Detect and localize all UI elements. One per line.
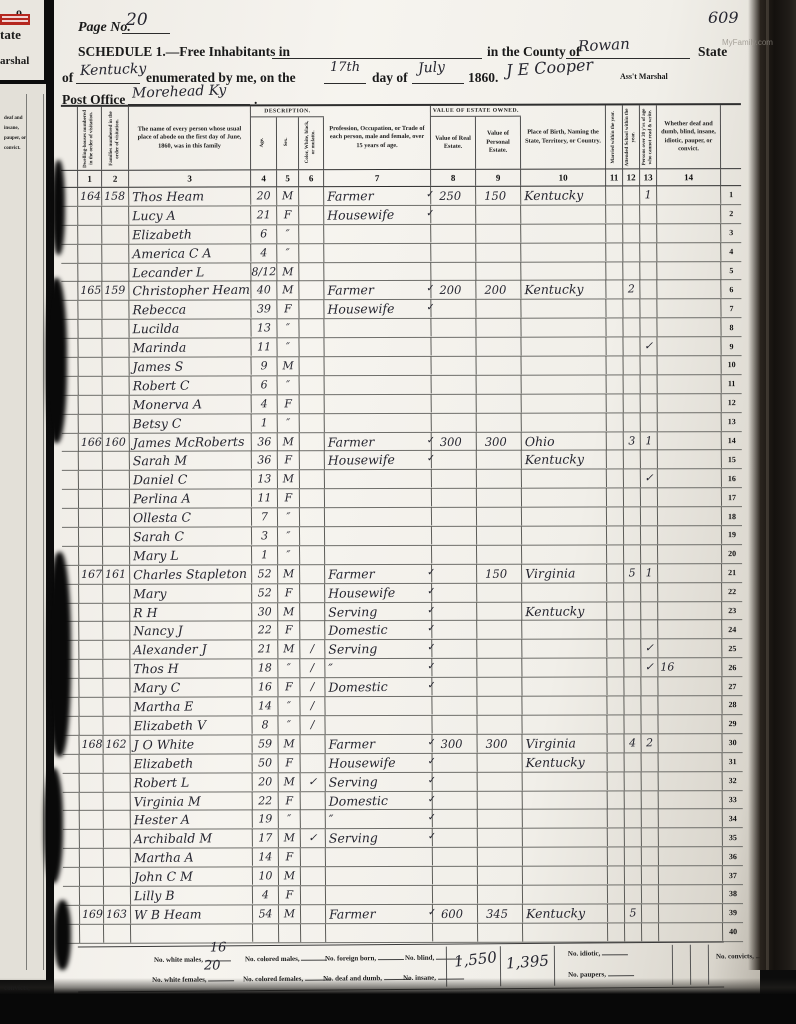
cell-name: Mary C bbox=[130, 678, 252, 697]
cell-dwelling bbox=[78, 641, 103, 659]
table-row: 167161Charles Stapleton52MFarmer✓150Virg… bbox=[62, 564, 742, 585]
cell-married bbox=[607, 394, 624, 412]
cell-remarks: 16 bbox=[658, 658, 722, 677]
scan-smudge bbox=[48, 552, 71, 757]
cell-age: 1 bbox=[252, 414, 278, 432]
table-row: Virginia M22FDomestic✓33 bbox=[63, 791, 743, 812]
cell-sex: F bbox=[277, 300, 299, 318]
cell-real-estate bbox=[433, 923, 478, 941]
header-name: The name of every person whose usual pla… bbox=[129, 106, 251, 169]
cell-cannot-read bbox=[642, 829, 659, 847]
cell-family bbox=[104, 849, 131, 867]
edge-fragment: convict. bbox=[4, 146, 21, 151]
cell-color bbox=[299, 282, 324, 300]
cell-cannot-read bbox=[640, 300, 657, 318]
cell-sex: ″ bbox=[278, 414, 300, 432]
row-number-left bbox=[63, 773, 79, 791]
cell-color bbox=[300, 603, 325, 621]
cell-real-estate bbox=[433, 867, 478, 885]
cell-name: Lucy A bbox=[129, 206, 251, 225]
table-row: Perlina A11F17 bbox=[62, 488, 742, 509]
cell-name: Alexander J bbox=[130, 640, 252, 659]
cell-birthplace bbox=[521, 299, 606, 318]
cell-birthplace bbox=[522, 526, 607, 545]
cell-occupation: Domestic bbox=[326, 791, 433, 810]
cell-name: Thos Heam bbox=[129, 187, 251, 206]
cell-real-estate: ✓ bbox=[432, 640, 477, 658]
cell-birthplace bbox=[523, 791, 608, 810]
cell-occupation bbox=[325, 470, 432, 489]
cell-married bbox=[606, 337, 623, 355]
cell-sex: M bbox=[278, 641, 300, 659]
cell-name: Monerva A bbox=[130, 395, 252, 414]
table-row: R H30MServing✓Kentucky23 bbox=[62, 602, 742, 623]
row-number-right: 27 bbox=[722, 677, 742, 695]
cell-family bbox=[102, 225, 129, 243]
cell-dwelling: 165 bbox=[77, 282, 102, 300]
cell-age: 40 bbox=[251, 282, 277, 300]
row-number-right: 25 bbox=[722, 639, 742, 657]
row-number-right: 35 bbox=[723, 828, 743, 846]
cell-cannot-read bbox=[642, 904, 659, 922]
cell-married bbox=[608, 810, 625, 828]
cell-cannot-read: ✓ bbox=[641, 640, 658, 658]
page-number-handwritten: 20 bbox=[126, 10, 148, 30]
edge-fragment: tate bbox=[0, 27, 21, 43]
cell-cannot-read bbox=[642, 772, 659, 790]
cell-real-estate bbox=[431, 357, 476, 375]
cell-family bbox=[103, 660, 130, 678]
col-num: 11 bbox=[606, 169, 623, 185]
cell-occupation: Serving bbox=[325, 640, 432, 659]
cell-real-estate: ✓ bbox=[432, 451, 477, 469]
cell-birthplace bbox=[522, 545, 607, 564]
cell-school bbox=[623, 243, 640, 261]
row-number-right: 3 bbox=[721, 224, 741, 242]
cell-family bbox=[103, 641, 130, 659]
cell-birthplace bbox=[521, 356, 606, 375]
cell-real-estate bbox=[433, 886, 478, 904]
cell-occupation bbox=[325, 508, 432, 527]
cell-real-estate bbox=[431, 243, 476, 261]
cell-occupation bbox=[326, 923, 433, 942]
cell-occupation: Domestic bbox=[325, 621, 432, 640]
cell-personal-estate bbox=[477, 526, 522, 544]
cell-personal-estate bbox=[477, 640, 522, 658]
cell-personal-estate bbox=[476, 319, 521, 337]
cell-personal-estate bbox=[478, 772, 523, 790]
cell-cannot-read: 1 bbox=[640, 186, 657, 204]
cell-dwelling bbox=[79, 811, 104, 829]
cell-occupation: Farmer bbox=[326, 904, 433, 923]
cell-school: 2 bbox=[623, 281, 640, 299]
marshal-label: Ass't Marshal bbox=[620, 72, 668, 81]
cell-occupation bbox=[325, 394, 432, 413]
cell-age: 3 bbox=[252, 527, 278, 545]
cell-cannot-read bbox=[641, 413, 658, 431]
cell-color bbox=[301, 810, 326, 828]
cell-personal-estate bbox=[478, 923, 523, 941]
cell-school: 5 bbox=[624, 564, 641, 582]
stamped-page-number: 609 bbox=[708, 8, 739, 27]
cell-family bbox=[104, 830, 131, 848]
cell-sex: ″ bbox=[278, 527, 300, 545]
cell-age: 8/12 bbox=[251, 263, 277, 281]
cell-age: 8 bbox=[252, 716, 278, 734]
cell-age: 6 bbox=[251, 225, 277, 243]
cell-age bbox=[253, 924, 279, 942]
cell-age: 59 bbox=[252, 735, 278, 753]
cell-remarks bbox=[659, 753, 723, 772]
cell-remarks bbox=[657, 299, 721, 318]
cell-cannot-read bbox=[641, 394, 658, 412]
scan-dark-band bbox=[748, 0, 796, 970]
cell-color: / bbox=[300, 716, 325, 734]
cell-personal-estate bbox=[478, 791, 523, 809]
cell-school: 4 bbox=[624, 734, 641, 752]
cell-birthplace: Kentucky bbox=[523, 753, 608, 772]
cell-personal-estate: 200 bbox=[476, 281, 521, 299]
cell-age: 7 bbox=[252, 508, 278, 526]
cell-dwelling bbox=[79, 849, 104, 867]
cell-remarks bbox=[657, 261, 721, 280]
header-age: Age. bbox=[251, 117, 277, 169]
cell-remarks bbox=[658, 564, 722, 583]
cell-personal-estate bbox=[478, 810, 523, 828]
cell-married bbox=[607, 640, 624, 658]
scan-bottom-edge bbox=[0, 994, 796, 1024]
cell-dwelling bbox=[78, 584, 103, 602]
cell-married bbox=[607, 734, 624, 752]
cell-real-estate: ✓ bbox=[432, 678, 477, 696]
checkmark: ✓ bbox=[427, 584, 436, 600]
cell-birthplace bbox=[522, 658, 607, 677]
table-row: Daniel C13M✓16 bbox=[62, 469, 742, 490]
cell-color bbox=[300, 584, 325, 602]
cell-remarks bbox=[658, 431, 722, 450]
cell-age: 52 bbox=[252, 565, 278, 583]
checkmark: ✓ bbox=[428, 905, 437, 921]
cell-school bbox=[625, 923, 642, 941]
cell-name: Virginia M bbox=[131, 791, 253, 810]
group-label: DESCRIPTION. bbox=[251, 106, 324, 117]
cell-dwelling bbox=[78, 471, 103, 489]
cell-cannot-read bbox=[640, 262, 657, 280]
cell-dwelling bbox=[78, 509, 103, 527]
cell-remarks bbox=[658, 601, 722, 620]
cell-sex: F bbox=[278, 584, 300, 602]
cell-age: 18 bbox=[252, 659, 278, 677]
cell-cannot-read bbox=[640, 224, 657, 242]
table-row: Ollesta C7″18 bbox=[62, 507, 742, 528]
cell-school bbox=[624, 659, 641, 677]
table-row: Robert L20M✓Serving✓32 bbox=[63, 772, 743, 793]
cell-cannot-read bbox=[642, 923, 659, 941]
cell-color bbox=[299, 300, 324, 318]
cell-school bbox=[625, 791, 642, 809]
cell-personal-estate: 300 bbox=[477, 432, 522, 450]
cell-age: 36 bbox=[252, 452, 278, 470]
row-number-left bbox=[62, 452, 78, 470]
cell-remarks bbox=[657, 356, 721, 375]
cell-school bbox=[625, 753, 642, 771]
cell-school bbox=[624, 696, 641, 714]
cell-birthplace bbox=[521, 243, 606, 262]
cell-real-estate: ✓ bbox=[433, 829, 478, 847]
cell-color bbox=[300, 565, 325, 583]
row-number-right: 16 bbox=[722, 469, 742, 487]
row-number-right: 18 bbox=[722, 507, 742, 525]
cell-family bbox=[104, 811, 131, 829]
cell-married bbox=[606, 300, 623, 318]
cell-occupation: Farmer bbox=[325, 432, 432, 451]
table-row: Sarah C3″19 bbox=[62, 526, 742, 547]
watermark-text: MyFamily.com bbox=[722, 38, 773, 47]
cell-personal-estate bbox=[476, 338, 521, 356]
cell-occupation bbox=[325, 526, 432, 545]
cell-dwelling bbox=[79, 868, 104, 886]
cell-married bbox=[608, 923, 625, 941]
cell-cannot-read bbox=[640, 205, 657, 223]
cell-remarks bbox=[657, 318, 721, 337]
cell-real-estate bbox=[432, 489, 477, 507]
cell-color bbox=[300, 414, 325, 432]
cell-sex: ″ bbox=[277, 225, 299, 243]
cell-birthplace bbox=[522, 715, 607, 734]
cell-married bbox=[607, 451, 624, 469]
cell-name: James S bbox=[129, 357, 251, 376]
cell-personal-estate: 300 bbox=[477, 734, 522, 752]
cell-birthplace bbox=[522, 488, 607, 507]
cell-sex: ″ bbox=[277, 338, 299, 356]
of-label: of bbox=[62, 70, 73, 86]
cell-age: 54 bbox=[253, 905, 279, 923]
table-row: Lecander L8/12M5 bbox=[61, 262, 741, 283]
cell-age: 10 bbox=[253, 867, 279, 885]
row-number-right: 13 bbox=[722, 413, 742, 431]
cell-married bbox=[608, 772, 625, 790]
cell-age: 13 bbox=[252, 471, 278, 489]
cell-dwelling: 168 bbox=[78, 735, 103, 753]
row-number-left bbox=[63, 792, 79, 810]
cell-real-estate bbox=[432, 470, 477, 488]
cell-color bbox=[301, 905, 326, 923]
checkmark: ✓ bbox=[427, 603, 436, 619]
cell-occupation: Domestic bbox=[325, 678, 432, 697]
scan-smudge bbox=[44, 768, 63, 883]
cell-color bbox=[299, 187, 324, 205]
cell-birthplace bbox=[523, 809, 608, 828]
cell-occupation bbox=[325, 413, 432, 432]
cell-sex: ″ bbox=[279, 811, 301, 829]
scan-shadow bbox=[0, 978, 796, 994]
cell-family: 158 bbox=[102, 188, 129, 206]
cell-family bbox=[102, 301, 129, 319]
white-females-total: 20 bbox=[204, 958, 221, 973]
cell-color bbox=[301, 792, 326, 810]
cell-dwelling bbox=[77, 244, 102, 262]
row-number-right: 8 bbox=[721, 318, 741, 336]
row-number-left bbox=[61, 263, 77, 281]
cell-school bbox=[623, 262, 640, 280]
cell-name: Perlina A bbox=[130, 489, 252, 508]
cell-color bbox=[300, 433, 325, 451]
cell-sex: M bbox=[278, 433, 300, 451]
row-number-gutter bbox=[721, 105, 741, 168]
cell-color bbox=[299, 338, 324, 356]
cell-family bbox=[103, 698, 130, 716]
cell-sex: M bbox=[277, 282, 299, 300]
cell-married bbox=[608, 885, 625, 903]
cell-family bbox=[103, 471, 130, 489]
cell-school bbox=[623, 186, 640, 204]
cell-school bbox=[623, 337, 640, 355]
cell-birthplace bbox=[522, 375, 607, 394]
white-males-total: 16 bbox=[210, 940, 227, 955]
table-row: Lucy A21FHousewife✓2 bbox=[61, 205, 741, 226]
table-row: Robert C6″11 bbox=[62, 375, 742, 396]
cell-occupation bbox=[324, 337, 431, 356]
cell-married bbox=[606, 262, 623, 280]
scan-smudge bbox=[54, 900, 71, 970]
cell-age: 13 bbox=[251, 319, 277, 337]
cell-real-estate: ✓ bbox=[433, 753, 478, 771]
cell-color: ✓ bbox=[301, 773, 326, 791]
cell-name: Sarah C bbox=[130, 527, 252, 546]
col-num: 12 bbox=[623, 169, 640, 185]
cell-sex: M bbox=[278, 471, 300, 489]
cell-school bbox=[624, 621, 641, 639]
cell-remarks bbox=[658, 545, 722, 564]
cell-color bbox=[299, 319, 324, 337]
cell-real-estate: ✓ bbox=[433, 791, 478, 809]
cell-occupation bbox=[326, 866, 433, 885]
cell-sex bbox=[279, 924, 301, 942]
row-number-right: 4 bbox=[721, 243, 741, 261]
cell-dwelling bbox=[78, 377, 103, 395]
cell-sex: F bbox=[279, 848, 301, 866]
table-row: Hester A19″″✓34 bbox=[63, 809, 743, 830]
cell-birthplace bbox=[522, 677, 607, 696]
year-label: 1860. bbox=[468, 70, 498, 86]
cell-family bbox=[103, 395, 130, 413]
cell-personal-estate bbox=[477, 678, 522, 696]
cell-dwelling bbox=[79, 792, 104, 810]
cell-cannot-read: ✓ bbox=[641, 470, 658, 488]
table-row: America C A4″4 bbox=[61, 243, 741, 264]
row-number-right: 39 bbox=[723, 904, 743, 922]
cell-remarks bbox=[658, 583, 722, 602]
row-number-right: 12 bbox=[722, 394, 742, 412]
cell-remarks bbox=[659, 809, 723, 828]
cell-family: 161 bbox=[103, 565, 130, 583]
cell-real-estate bbox=[432, 527, 477, 545]
row-number-right: 40 bbox=[723, 923, 743, 941]
cell-family bbox=[103, 622, 130, 640]
cell-family bbox=[102, 244, 129, 262]
col-num: 14 bbox=[657, 169, 721, 185]
cell-personal-estate bbox=[476, 205, 521, 223]
table-row: Alexander J21M/Serving✓✓25 bbox=[62, 639, 742, 660]
cell-birthplace: Kentucky bbox=[522, 602, 607, 621]
cell-real-estate: ✓ bbox=[432, 621, 477, 639]
cell-age: 4 bbox=[252, 395, 278, 413]
cell-family bbox=[104, 754, 131, 772]
cell-name: Martha A bbox=[131, 848, 253, 867]
checkmark: ✓ bbox=[427, 678, 436, 694]
cell-occupation: ″ bbox=[326, 810, 433, 829]
cell-remarks bbox=[658, 696, 722, 715]
row-number-right: 1 bbox=[721, 186, 741, 204]
cell-color: / bbox=[300, 697, 325, 715]
table-row: Martha E14″/28 bbox=[62, 696, 742, 717]
cell-school bbox=[623, 224, 640, 242]
cell-family bbox=[103, 490, 130, 508]
cell-name: Ollesta C bbox=[130, 508, 252, 527]
cell-sex: F bbox=[278, 489, 300, 507]
day-of-label: day of bbox=[372, 70, 408, 86]
cell-sex: ″ bbox=[277, 319, 299, 337]
table-row: 168162J O White59MFarmer✓300300Virginia4… bbox=[63, 734, 743, 755]
table-row: Martha A14F36 bbox=[63, 847, 743, 868]
cell-remarks bbox=[659, 771, 723, 790]
cell-personal-estate bbox=[478, 867, 523, 885]
row-number-right: 6 bbox=[721, 281, 741, 299]
header-description-group: DESCRIPTION. Age. Sex. Color, White, bla… bbox=[251, 106, 324, 169]
header-real-estate: Value of Real Estate. bbox=[431, 117, 476, 169]
cell-sex: F bbox=[278, 395, 300, 413]
cell-cannot-read bbox=[641, 583, 658, 601]
cell-school bbox=[623, 205, 640, 223]
cell-color bbox=[300, 546, 325, 564]
checkmark: ✓ bbox=[426, 300, 435, 316]
cell-cannot-read bbox=[641, 526, 658, 544]
checkmark: ✓ bbox=[427, 659, 436, 675]
cell-family: 160 bbox=[103, 433, 130, 451]
table-body: 164158Thos Heam20MFarmer✓250150Kentucky1… bbox=[61, 186, 743, 943]
cell-school bbox=[624, 640, 641, 658]
row-number-right: 38 bbox=[723, 885, 743, 903]
row-number-gutter bbox=[61, 107, 77, 170]
cell-personal-estate bbox=[476, 356, 521, 374]
cell-dwelling bbox=[78, 622, 103, 640]
real-estate-total: 1,550 bbox=[453, 948, 498, 971]
cell-personal-estate: 345 bbox=[478, 904, 523, 922]
cell-age: 30 bbox=[252, 603, 278, 621]
row-number-left bbox=[63, 868, 79, 886]
cell-school bbox=[624, 489, 641, 507]
cell-age: 14 bbox=[253, 848, 279, 866]
cell-color bbox=[300, 622, 325, 640]
cell-age: 11 bbox=[252, 489, 278, 507]
cell-sex: F bbox=[279, 754, 301, 772]
cell-school bbox=[624, 470, 641, 488]
cell-age: 20 bbox=[253, 773, 279, 791]
cell-personal-estate bbox=[478, 753, 523, 771]
row-number-right: 15 bbox=[722, 451, 742, 469]
cell-birthplace bbox=[522, 583, 607, 602]
cell-birthplace bbox=[521, 205, 606, 224]
cell-personal-estate bbox=[477, 451, 522, 469]
cell-name: Mary L bbox=[130, 546, 252, 565]
cell-birthplace bbox=[521, 262, 606, 281]
cell-birthplace bbox=[523, 885, 608, 904]
cell-color bbox=[299, 225, 324, 243]
header-sex: Sex. bbox=[277, 117, 299, 169]
cell-sex: ″ bbox=[278, 716, 300, 734]
cell-color bbox=[300, 470, 325, 488]
cell-remarks bbox=[657, 186, 721, 205]
